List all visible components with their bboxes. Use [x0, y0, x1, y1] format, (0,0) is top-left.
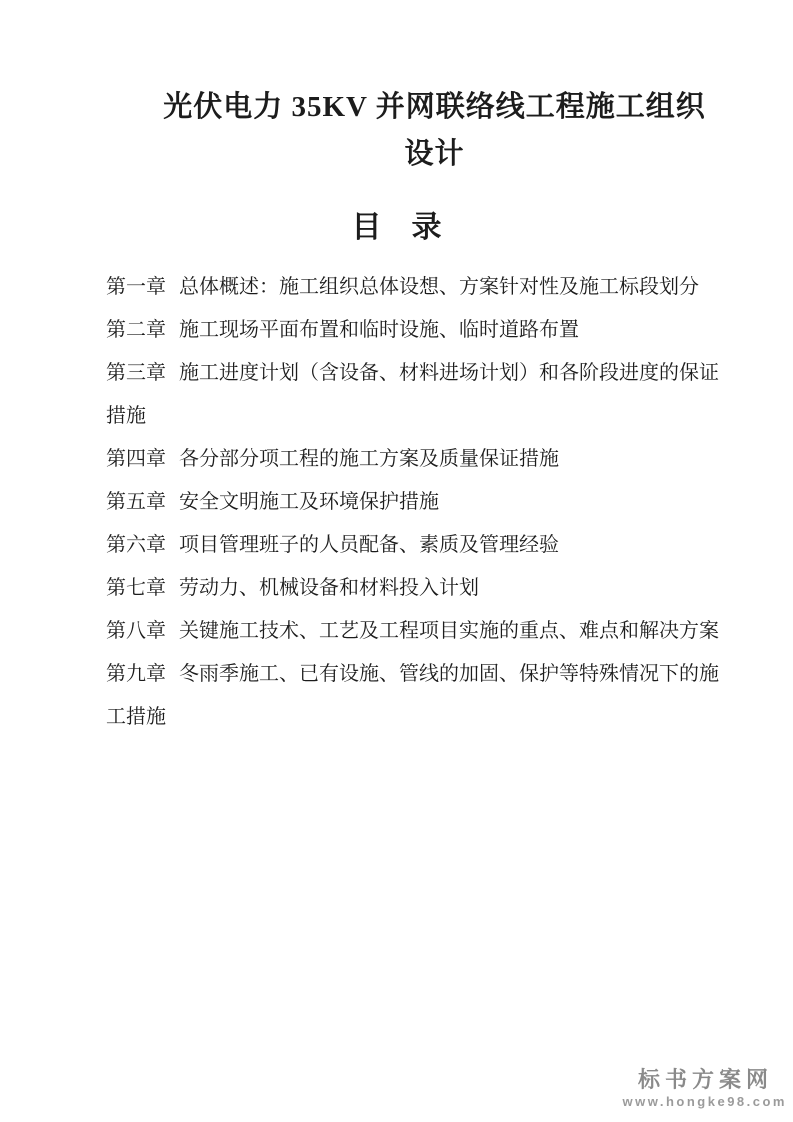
- toc-entry: 第八章关键施工技术、工艺及工程项目实施的重点、难点和解决方案: [106, 610, 793, 653]
- toc-entry-chapter: 第八章: [106, 610, 166, 653]
- toc-entry-title: 关键施工技术、工艺及工程项目实施的重点、难点和解决方案: [179, 620, 719, 642]
- toc-entry: 第四章各分部分项工程的施工方案及质量保证措施: [106, 438, 793, 481]
- toc-entry-chapter: 第六章: [106, 524, 166, 567]
- toc-entry-title: 各分部分项工程的施工方案及质量保证措施: [179, 448, 559, 470]
- toc-entry: 第九章冬雨季施工、已有设施、管线的加固、保护等特殊情况下的施: [106, 653, 793, 696]
- watermark-site-url: www.hongke98.com: [623, 1093, 788, 1110]
- document-title: 光伏电力 35KV 并网联络线工程施工组织 设计: [76, 0, 793, 178]
- document-title-line1: 光伏电力 35KV 并网联络线工程施工组织: [76, 84, 793, 131]
- toc-entry-chapter: 第三章: [106, 352, 166, 395]
- watermark: 标书方案网 www.hongke98.com: [623, 1067, 788, 1110]
- toc-heading: 目 录: [0, 205, 793, 251]
- document-page: 光伏电力 35KV 并网联络线工程施工组织 设计 目 录 第一章总体概述：施工组…: [0, 0, 793, 1122]
- toc-entry: 第五章安全文明施工及环境保护措施: [106, 481, 793, 524]
- toc-entry-chapter: 第七章: [106, 567, 166, 610]
- toc-entry-continuation: 工措施: [106, 696, 793, 739]
- toc-entry: 第六章项目管理班子的人员配备、素质及管理经验: [106, 524, 793, 567]
- watermark-site-name: 标书方案网: [623, 1067, 774, 1093]
- toc-entry: 第七章劳动力、机械设备和材料投入计划: [106, 567, 793, 610]
- toc-entry-title: 施工进度计划（含设备、材料进场计划）和各阶段进度的保证: [179, 362, 719, 384]
- toc-entry-chapter: 第二章: [106, 309, 166, 352]
- toc-list: 第一章总体概述：施工组织总体设想、方案针对性及施工标段划分 第二章施工现场平面布…: [106, 266, 793, 739]
- toc-entry: 第二章施工现场平面布置和临时设施、临时道路布置: [106, 309, 793, 352]
- toc-entry-continuation: 措施: [106, 395, 793, 438]
- toc-entry: 第一章总体概述：施工组织总体设想、方案针对性及施工标段划分: [106, 266, 793, 309]
- toc-entry-chapter: 第九章: [106, 653, 166, 696]
- toc-entry-chapter: 第四章: [106, 438, 166, 481]
- toc-entry-title: 安全文明施工及环境保护措施: [179, 491, 439, 513]
- toc-entry-title: 劳动力、机械设备和材料投入计划: [179, 577, 479, 599]
- toc-entry-title: 总体概述：施工组织总体设想、方案针对性及施工标段划分: [179, 276, 699, 298]
- toc-entry-chapter: 第一章: [106, 266, 166, 309]
- toc-entry-title: 项目管理班子的人员配备、素质及管理经验: [179, 534, 559, 556]
- toc-entry-chapter: 第五章: [106, 481, 166, 524]
- document-title-line2: 设计: [76, 131, 793, 178]
- toc-entry: 第三章施工进度计划（含设备、材料进场计划）和各阶段进度的保证: [106, 352, 793, 395]
- toc-entry-title: 冬雨季施工、已有设施、管线的加固、保护等特殊情况下的施: [179, 663, 719, 685]
- toc-entry-title: 施工现场平面布置和临时设施、临时道路布置: [179, 319, 579, 341]
